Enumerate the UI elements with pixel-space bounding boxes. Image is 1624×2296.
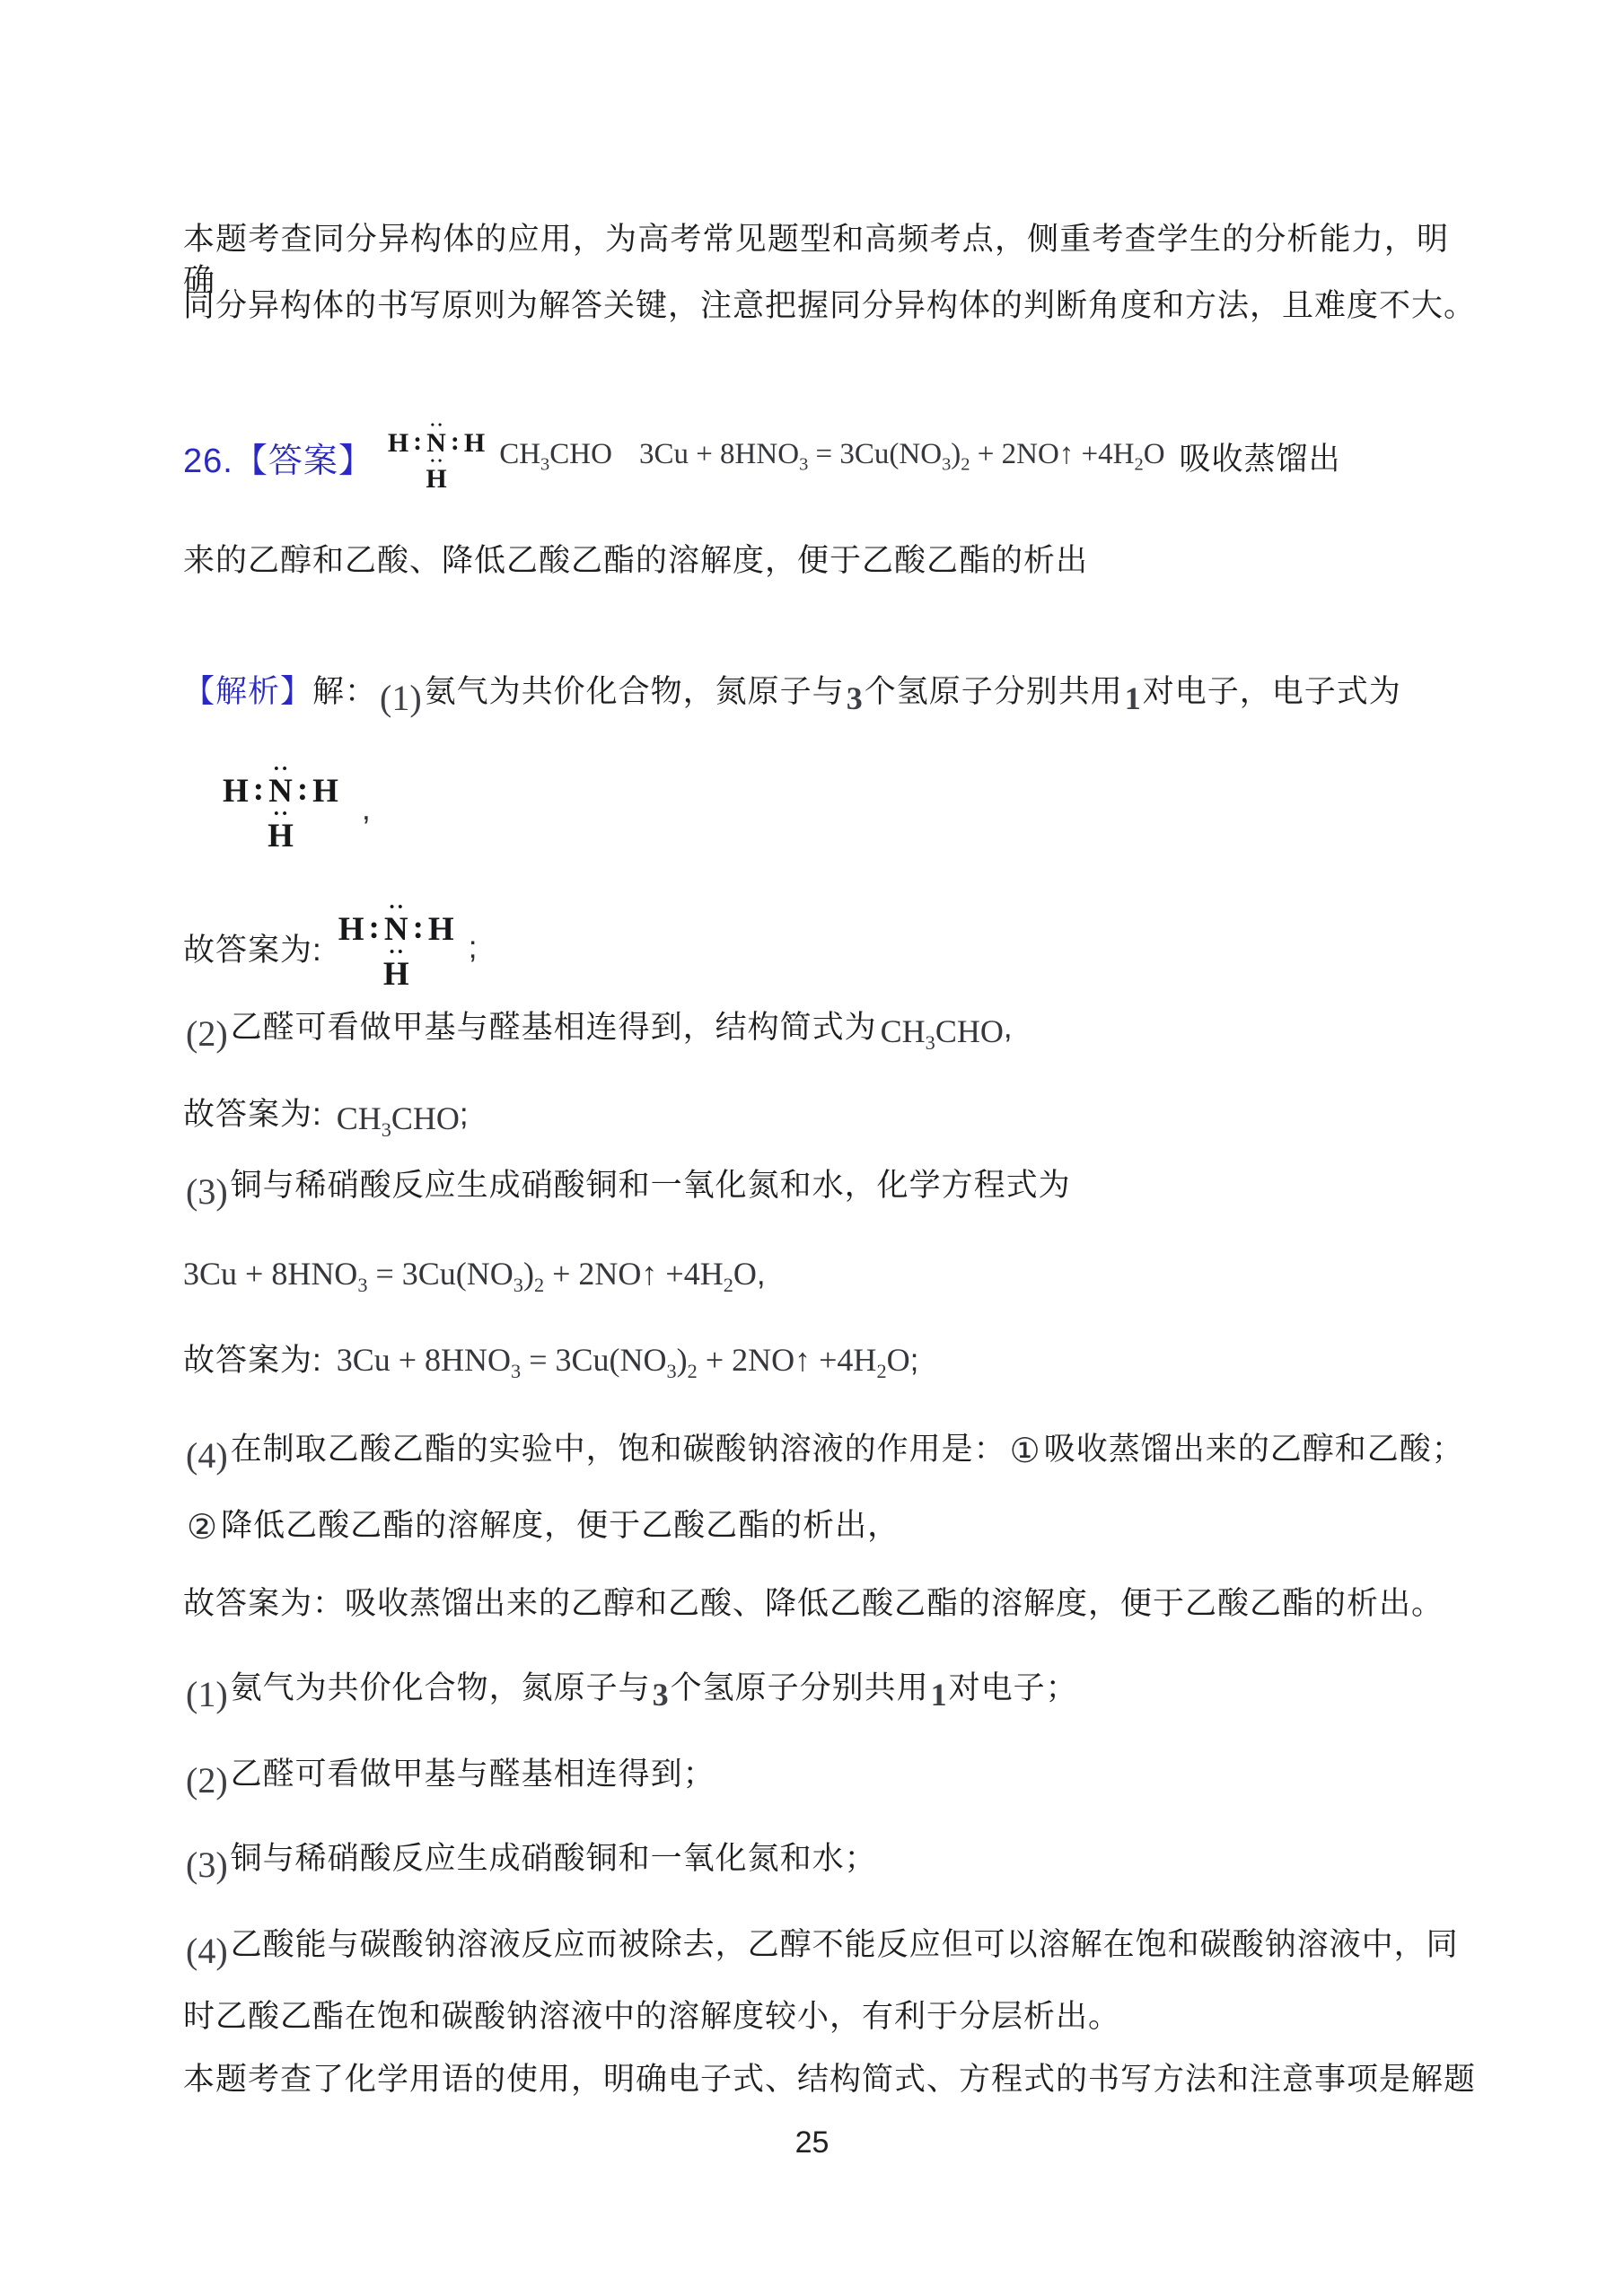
page-number: 25 <box>0 2125 1624 2160</box>
gu-label: 故答案为: <box>183 1343 322 1378</box>
gu-label: 故答案为： <box>183 1586 345 1621</box>
trailing-semicolon: ; <box>910 1343 920 1378</box>
copper-equation: 3Cu + 8HNO3 = 3Cu(NO3)2 + 2NO↑ +4H2O <box>183 1256 757 1292</box>
analysis-s1a: 氨气为共价化合物，氮原子与 <box>425 674 845 709</box>
answer-label: 26.【答案】 <box>183 433 373 482</box>
analysis-s2a: 乙醛可看做甲基与醛基相连得到，结构简式为 <box>231 1010 877 1045</box>
analysis-label: 【解析】 <box>183 674 312 709</box>
lewis-h-bottom: H <box>426 465 446 494</box>
analysis-line-4: (4)在制取乙酸乙酯的实验中，饱和碳酸钠溶液的作用是：①吸收蒸馏出来的乙醇和乙酸… <box>183 1427 1449 1470</box>
lewis-h-right: H <box>464 429 485 458</box>
lewis-h-left: H <box>338 913 364 948</box>
intro-line-2: 同分异构体的书写原则为解答关键，注意把握同分异构体的判断角度和方法，且难度不大。 <box>183 285 1449 327</box>
number-3: 3 <box>847 680 863 716</box>
lewis-h-bottom: H <box>383 958 409 993</box>
answer-tail: 吸收蒸馏出 <box>1180 434 1341 479</box>
marker-3: (3) <box>186 1171 228 1212</box>
recap-line-1: (1)氨气为共价化合物，氮原子与3个氢原子分别共用1对电子； <box>183 1666 1449 1709</box>
lewis-main-row: H:N:H <box>338 913 454 948</box>
analysis-s4b: 吸收蒸馏出来的乙醇和乙酸； <box>1044 1432 1464 1467</box>
lewis-h-right: H <box>312 775 338 810</box>
analysis-s4c: 降低乙酸乙酯的溶解度，便于乙酸乙酯的析出， <box>221 1508 900 1543</box>
answer-line-2: 来的乙醇和乙酸、降低乙酸乙酯的溶解度，便于乙酸乙酯的析出 <box>183 540 1449 582</box>
marker-2: (2) <box>186 1013 228 1054</box>
analysis-gu4: 吸收蒸馏出来的乙醇和乙酸、降低乙酸乙酯的溶解度，便于乙酸乙酯的析出。 <box>345 1586 1444 1621</box>
lewis-block: •• H:N:H •• H , <box>223 752 372 867</box>
number-3: 3 <box>653 1677 669 1713</box>
recap-r1b: 个氢原子分别共用 <box>671 1670 929 1705</box>
answer-restate-1: 故答案为: •• H:N:H •• H ; <box>183 890 478 1005</box>
gu-label: 故答案为: <box>183 1097 322 1132</box>
analysis-jie: 解： <box>312 674 377 709</box>
circled-2: ② <box>187 1509 217 1547</box>
document-page: 本题考查同分异构体的应用，为高考常见题型和高频考点，侧重考查学生的分析能力，明确… <box>0 0 1624 2296</box>
analysis-s3a: 铜与稀硝酸反应生成硝酸铜和一氧化氮和水，化学方程式为 <box>231 1168 1071 1203</box>
recap-r1c: 对电子； <box>949 1670 1078 1705</box>
copper-equation: 3Cu + 8HNO3 = 3Cu(NO3)2 + 2NO↑ +4H2O <box>639 438 1165 476</box>
lewis-n: N <box>426 429 446 458</box>
recap-line-2: (2)乙醛可看做甲基与醛基相连得到； <box>183 1752 1449 1795</box>
lewis-colon-left: : <box>369 911 380 946</box>
trailing-comma: , <box>362 792 372 828</box>
analysis-line-1: 【解析】解：(1)氨气为共价化合物，氮原子与3个氢原子分别共用1对电子，电子式为 <box>183 670 1449 713</box>
acetaldehyde-formula: CH3CHO <box>499 438 612 476</box>
marker-3: (3) <box>186 1845 228 1885</box>
gu-label: 故答案为: <box>183 925 322 970</box>
trailing-comma: , <box>757 1257 767 1292</box>
lewis-h-right: H <box>428 913 454 948</box>
closing-note: 本题考查了化学用语的使用，明确电子式、结构简式、方程式的书写方法和注意事项是解题 <box>183 2059 1449 2100</box>
lewis-h-bottom: H <box>268 819 294 854</box>
lewis-colon-right: : <box>297 773 308 808</box>
lewis-main-row: H:N:H <box>223 775 338 810</box>
number-1: 1 <box>1125 680 1141 716</box>
analysis-s4a: 在制取乙酸乙酯的实验中，饱和碳酸钠溶液的作用是： <box>231 1432 1006 1467</box>
recap-line-3: (3)铜与稀硝酸反应生成硝酸铜和一氧化氮和水； <box>183 1836 1449 1880</box>
marker-1: (1) <box>186 1674 228 1714</box>
trailing-semicolon: ; <box>469 930 478 966</box>
nh3-lewis-structure: •• H:N:H •• H <box>338 903 454 993</box>
analysis-s1c: 对电子，电子式为 <box>1143 674 1401 709</box>
lewis-main-row: H:N:H <box>388 429 485 458</box>
recap-r1a: 氨气为共价化合物，氮原子与 <box>231 1670 651 1705</box>
number-1: 1 <box>931 1677 947 1713</box>
nh3-lewis-structure: •• H:N:H •• H <box>388 421 485 494</box>
analysis-line-3: (3)铜与稀硝酸反应生成硝酸铜和一氧化氮和水，化学方程式为 <box>183 1163 1449 1206</box>
answer-line: 26.【答案】 •• H:N:H •• H CH3CHO 3Cu + 8HNO3… <box>183 404 1341 510</box>
lewis-colon-right: : <box>451 427 460 456</box>
recap-line-4a: (4)乙酸能与碳酸钠溶液反应而被除去，乙醇不能反应但可以溶解在饱和碳酸钠溶液中，… <box>183 1923 1449 1966</box>
lewis-n: N <box>384 913 408 948</box>
recap-r3: 铜与稀硝酸反应生成硝酸铜和一氧化氮和水； <box>231 1841 877 1876</box>
recap-r2: 乙醛可看做甲基与醛基相连得到； <box>231 1757 715 1792</box>
acetaldehyde-formula: CH3CHO <box>881 1013 1004 1049</box>
lewis-n: N <box>268 775 293 810</box>
marker-2: (2) <box>186 1760 228 1801</box>
lewis-h-left: H <box>388 429 408 458</box>
answer-restate-2: 故答案为:CH3CHO; <box>183 1093 1449 1146</box>
trailing-semicolon: ; <box>460 1097 470 1132</box>
recap-line-4b: 时乙酸乙酯在饱和碳酸钠溶液中的溶解度较小，有利于分层析出。 <box>183 1996 1449 2037</box>
answer-restate-4: 故答案为：吸收蒸馏出来的乙醇和乙酸、降低乙酸乙酯的溶解度，便于乙酸乙酯的析出。 <box>183 1583 1449 1625</box>
recap-r4a: 乙酸能与碳酸钠溶液反应而被除去，乙醇不能反应但可以溶解在饱和碳酸钠溶液中，同 <box>231 1927 1459 1962</box>
copper-equation-line: 3Cu + 8HNO3 = 3Cu(NO3)2 + 2NO↑ +4H2O, <box>183 1253 1449 1306</box>
marker-1: (1) <box>380 678 422 718</box>
marker-4: (4) <box>186 1435 228 1476</box>
acetaldehyde-formula: CH3CHO <box>337 1100 460 1136</box>
analysis-line-4b: ②降低乙酸乙酯的溶解度，便于乙酸乙酯的析出， <box>183 1504 1449 1547</box>
lewis-colon-left: : <box>413 427 422 456</box>
marker-4: (4) <box>186 1931 228 1971</box>
analysis-s1b: 个氢原子分别共用 <box>865 674 1123 709</box>
lewis-colon-right: : <box>413 911 424 946</box>
trailing-comma: , <box>1004 1010 1014 1045</box>
circled-1: ① <box>1010 1433 1040 1470</box>
lewis-colon-left: : <box>253 773 264 808</box>
answer-restate-3: 故答案为:3Cu + 8HNO3 = 3Cu(NO3)2 + 2NO↑ +4H2… <box>183 1339 1449 1392</box>
analysis-line-2: (2)乙醛可看做甲基与醛基相连得到，结构简式为CH3CHO, <box>183 1005 1449 1059</box>
copper-equation: 3Cu + 8HNO3 = 3Cu(NO3)2 + 2NO↑ +4H2O <box>337 1342 910 1378</box>
lewis-h-left: H <box>223 775 249 810</box>
nh3-lewis-structure: •• H:N:H •• H <box>223 765 338 854</box>
